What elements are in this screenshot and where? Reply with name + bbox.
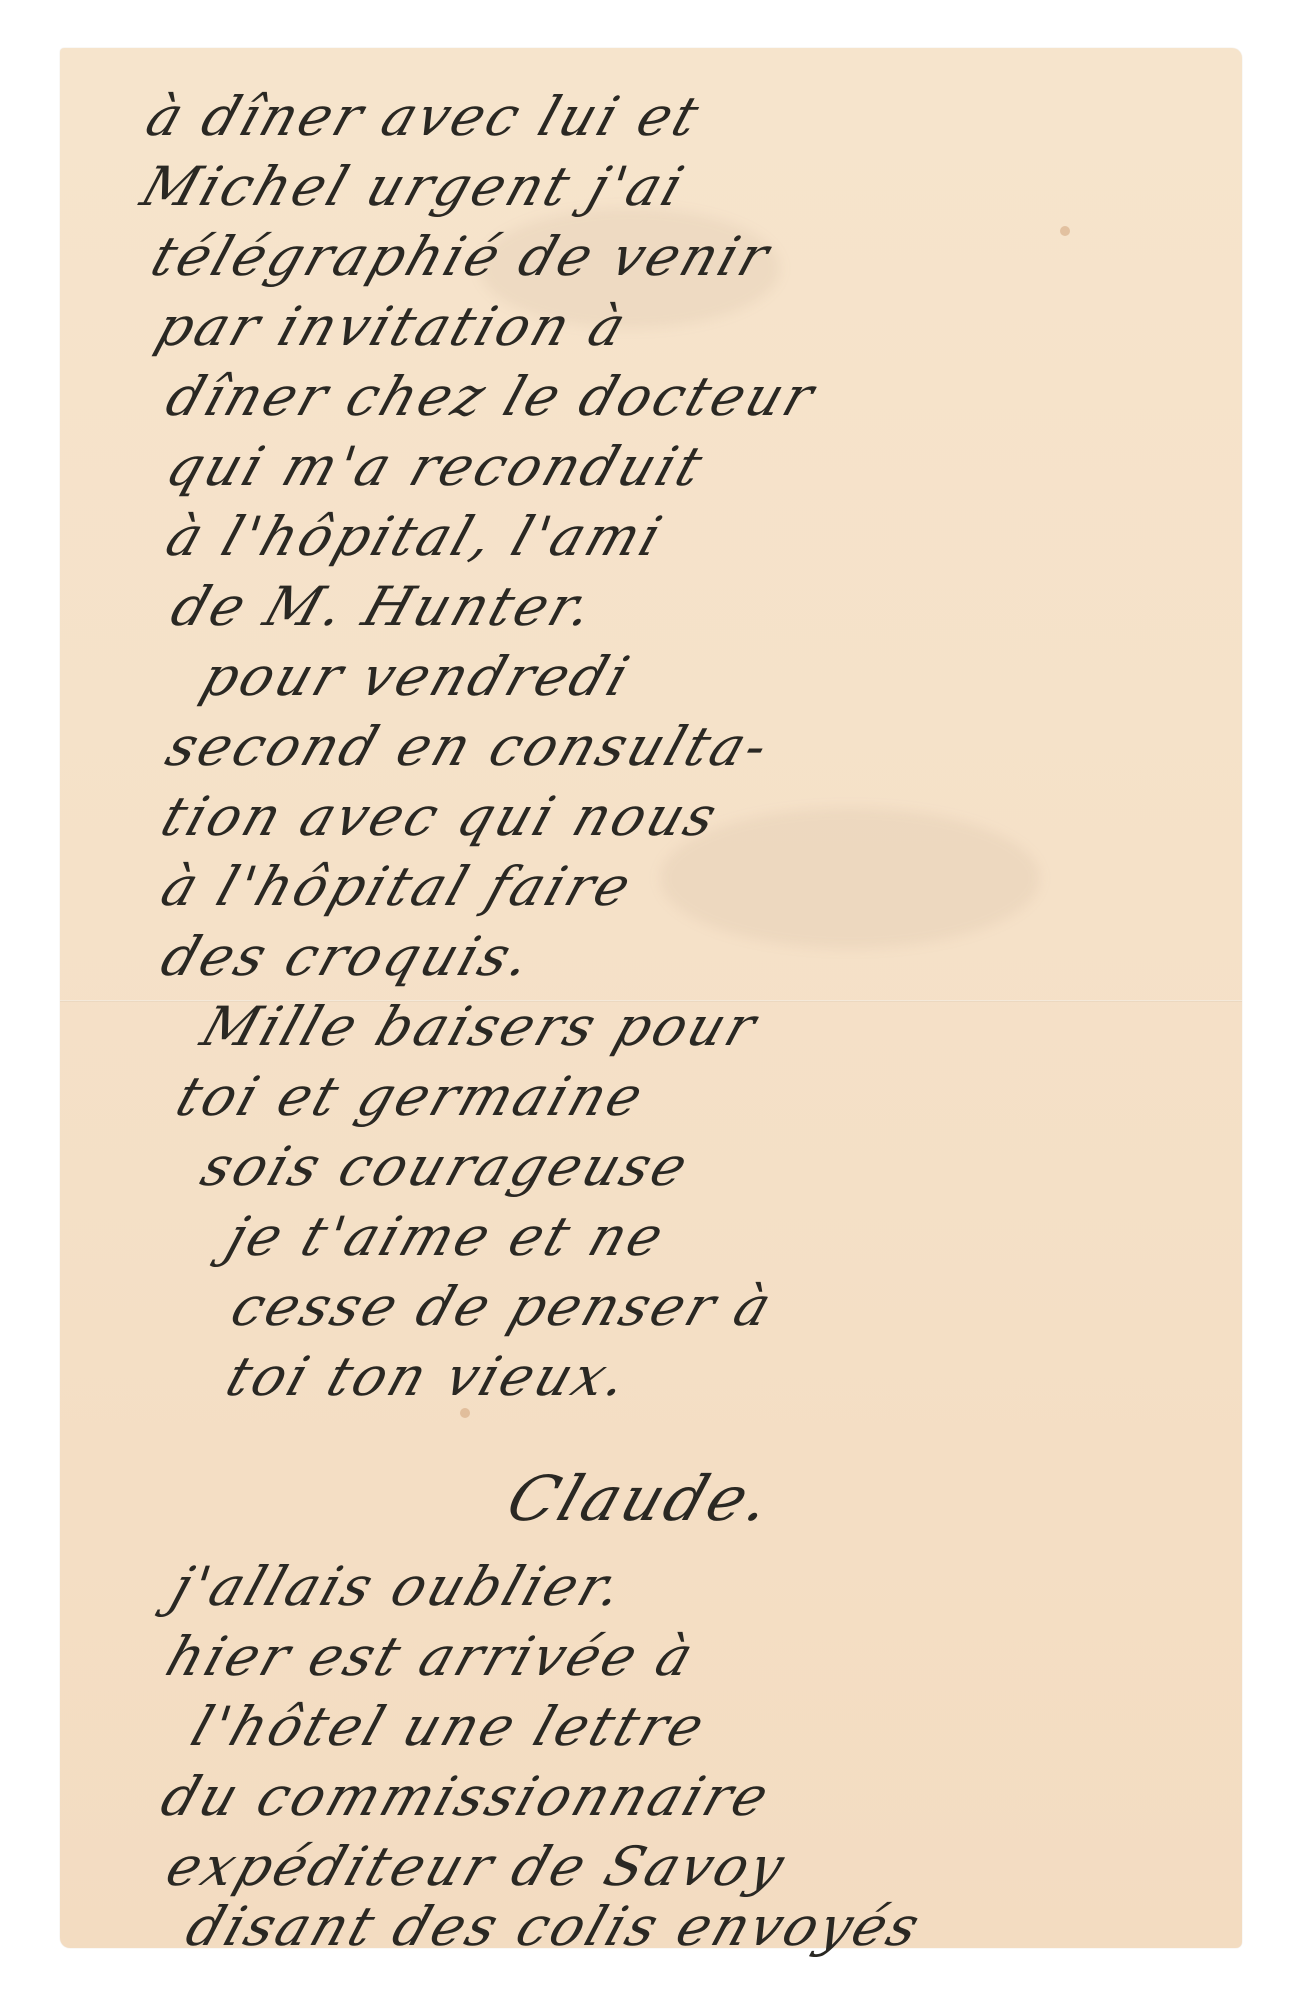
handwritten-line: dîner chez le docteur xyxy=(160,370,823,424)
handwritten-line: cesse de penser à xyxy=(225,1280,780,1334)
postscript-line: j'allais oublier. xyxy=(165,1560,632,1614)
postscript-line: expéditeur de Savoy xyxy=(160,1840,793,1894)
handwritten-line: des croquis. xyxy=(155,930,540,984)
handwritten-line: qui m'a reconduit xyxy=(160,440,711,494)
handwritten-line: toi et germaine xyxy=(170,1070,652,1124)
handwritten-line: à l'hôpital faire xyxy=(155,860,640,914)
handwritten-line: toi ton vieux. xyxy=(220,1350,636,1404)
handwritten-line: tion avec qui nous xyxy=(155,790,726,844)
postscript-line: l'hôtel une lettre xyxy=(185,1700,713,1754)
handwritten-line: second en consulta- xyxy=(160,720,777,774)
handwritten-line: Mille baisers pour xyxy=(195,1000,765,1054)
handwritten-line: sois courageuse xyxy=(195,1140,696,1194)
postscript-line: disant des colis envoyés xyxy=(180,1900,928,1954)
postscript-line: du commissionnaire xyxy=(155,1770,777,1824)
postscript-line: hier est arrivée à xyxy=(160,1630,702,1684)
handwritten-line: Michel urgent j'ai xyxy=(135,160,692,214)
signature: Claude. xyxy=(500,1468,781,1530)
handwritten-line: à l'hôpital, l'ami xyxy=(160,510,670,564)
handwritten-line: pour vendredi xyxy=(195,650,638,704)
paper-foxing-spot xyxy=(460,1408,470,1418)
handwritten-line: par invitation à xyxy=(150,300,635,354)
ink-bleed-through xyxy=(660,808,1040,948)
paper-foxing-spot xyxy=(1060,226,1070,236)
handwritten-line: je t'aime et ne xyxy=(220,1210,672,1264)
handwritten-line: à dîner avec lui et xyxy=(140,90,708,144)
handwritten-line: télégraphié de venir xyxy=(145,230,778,284)
letter-page: à dîner avec lui et Michel urgent j'ai t… xyxy=(60,48,1242,1948)
handwritten-line: de M. Hunter. xyxy=(165,580,602,634)
